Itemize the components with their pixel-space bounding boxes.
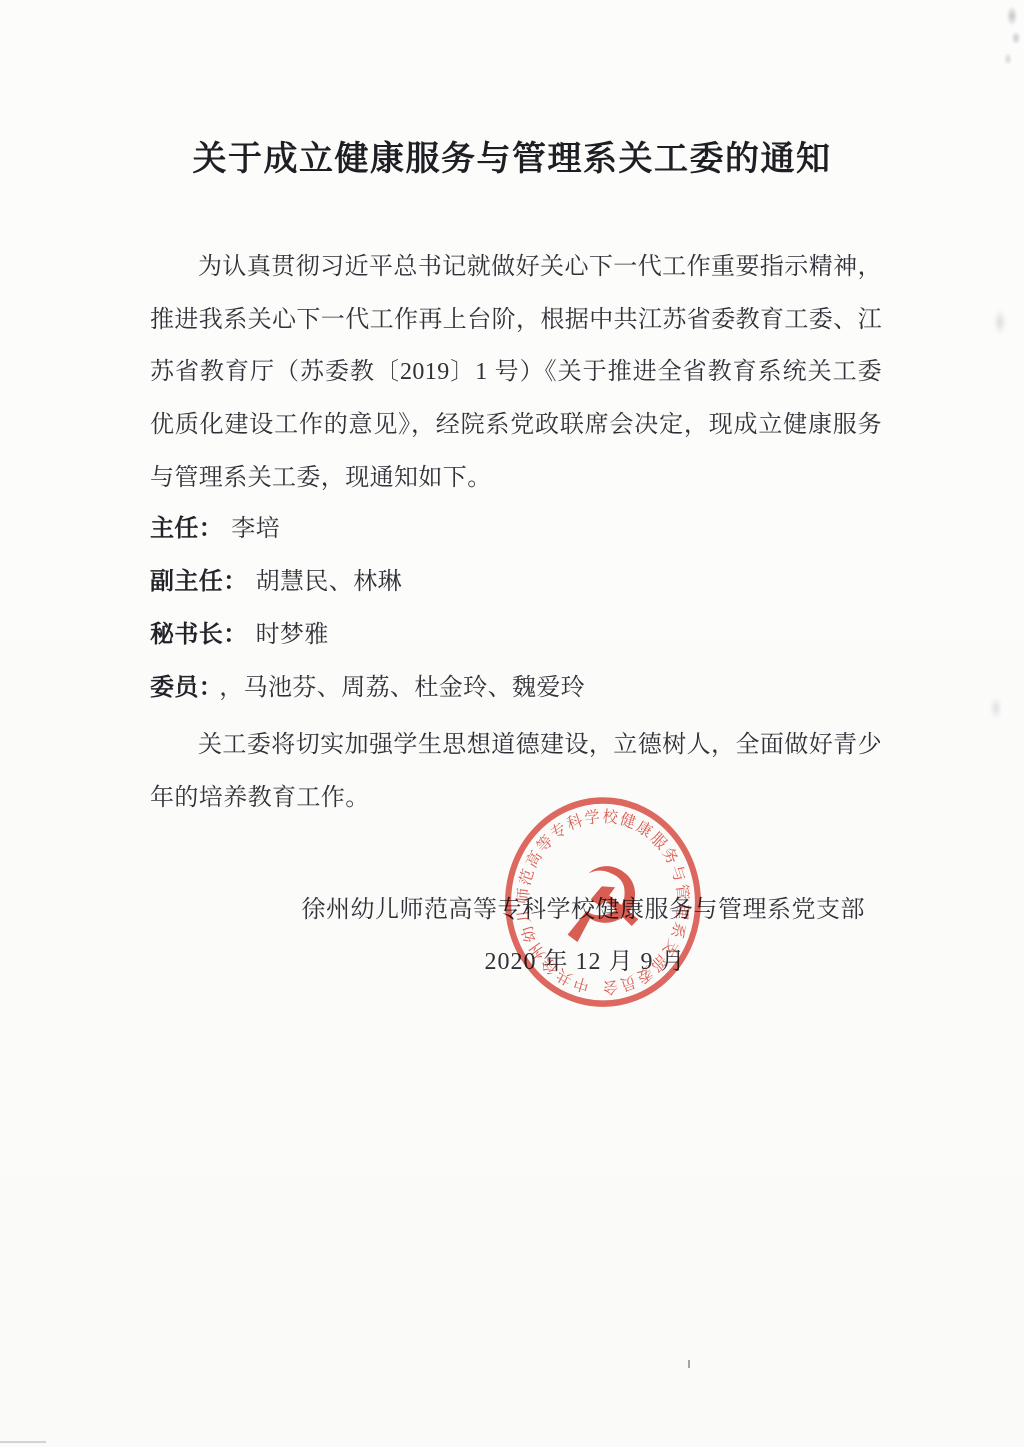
scan-edge-line (0, 1441, 46, 1443)
role-line-director: 主任：李培 (150, 512, 882, 546)
hammer-sickle-icon: ☭ (560, 846, 647, 967)
role-label: 主任： (150, 516, 223, 542)
role-label: 委员： (150, 675, 211, 701)
scan-smudge-right-upper (988, 300, 1008, 344)
scan-smudge-top-right (998, 4, 1022, 84)
party-seal: 中共徐州幼儿师范高等专科学校健康服务与管理系支部委员会 ☭ (502, 794, 704, 1010)
page-title: 关于成立健康服务与管理系关工委的通知 (0, 131, 1024, 180)
role-label: 秘书长： (150, 622, 248, 648)
role-label: 副主任： (150, 569, 248, 595)
role-line-secretary-general: 秘书长：时梦雅 (150, 618, 882, 652)
paragraph-line: 苏省教育厅（苏委教〔2019〕1 号）《关于推进全省教育系统关工委 (150, 355, 882, 389)
role-value: 李培 (231, 516, 280, 542)
paragraph-line: 为认真贯彻习近平总书记就做好关心下一代工作重要指示精神， (150, 250, 882, 284)
role-line-members: 委员：，马池芬、周荔、杜金玲、魏爱玲 (150, 671, 882, 705)
paragraph-line: 关工委将切实加强学生思想道德建设，立德树人，全面做好青少 (150, 728, 882, 762)
role-value: ，马池芬、周荔、杜金玲、魏爱玲 (219, 675, 585, 701)
scan-smudge-right-mid (984, 688, 1006, 728)
scanned-notice-page: 关于成立健康服务与管理系关工委的通知 为认真贯彻习近平总书记就做好关心下一代工作… (0, 0, 1024, 1447)
scan-speck (688, 1360, 690, 1368)
paragraph-line: 推进我系关心下一代工作再上台阶，根据中共江苏省委教育工委、江 (150, 303, 882, 337)
role-value: 时梦雅 (256, 622, 329, 648)
paragraph-line: 优质化建设工作的意见》，经院系党政联席会决定，现成立健康服务 (150, 408, 882, 442)
role-line-deputy-directors: 副主任：胡慧民、林琳 (150, 565, 882, 599)
paragraph-line: 与管理系关工委，现通知如下。 (150, 461, 882, 495)
role-value: 胡慧民、林琳 (256, 569, 402, 595)
